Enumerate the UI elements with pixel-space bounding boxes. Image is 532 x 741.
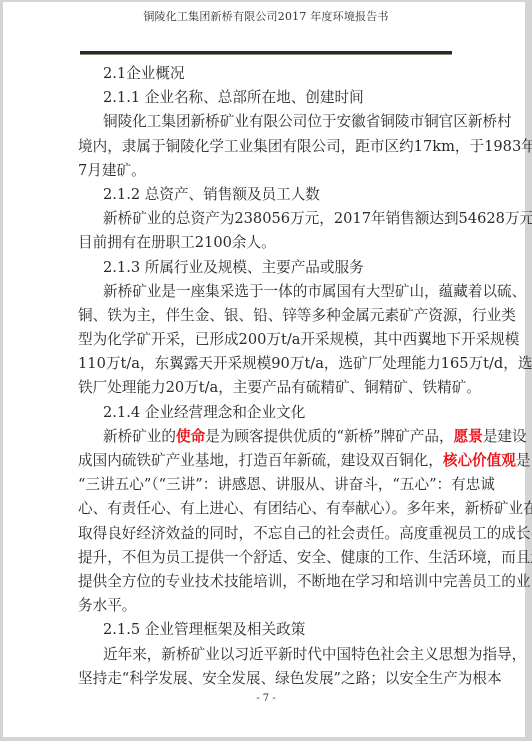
paragraph-line: 7月建矿。 (78, 159, 456, 183)
paragraph-line-mission: 新桥矿业的使命是为顾客提供优质的“新桥”牌矿产品，愿景是建设 (78, 425, 456, 449)
highlight-vision: 愿景 (454, 428, 483, 445)
text-run: 是 (516, 452, 531, 469)
paragraph-line: 型为化学矿开采，已形成200万t/a开采规模，其中西翼地下开采规模 (78, 328, 456, 352)
paragraph-line: 新桥矿业的总资产为238056万元，2017年销售额达到54628万元， (78, 207, 456, 231)
highlight-core-values: 核心价值观 (443, 452, 516, 469)
text-run: 新桥矿业的 (103, 428, 176, 445)
paragraph-line: 境内，隶属于铜陵化学工业集团有限公司，距市区约17km，于1983年 (78, 135, 456, 159)
paragraph-line: 务水平。 (78, 594, 456, 618)
text-run: 是为顾客提供优质的“新桥”牌矿产品， (205, 428, 453, 445)
paragraph-line: 新桥矿业是一座集采选于一体的市属国有大型矿山，蕴藏着以硫、 (78, 280, 456, 304)
paragraph-line: 取得良好经济效益的同时，不忘自己的社会责任。高度重视员工的成长与 (78, 522, 456, 546)
paragraph-line: 110万t/a，东翼露天开采规模90万t/a，选矿厂处理能力165万t/d，选 (78, 352, 456, 376)
paragraph-line: 心、有责任心、有上进心、有团结心、有奉献心）。多年来，新桥矿业在 (78, 497, 456, 521)
paragraph-line: 近年来，新桥矿业以习近平新时代中国特色社会主义思想为指导， (78, 643, 456, 667)
page-number: - 7 - (0, 693, 532, 704)
paragraph-line: 坚持走“科学发展、安全发展、绿色发展”之路；以安全生产为根本 (78, 667, 456, 691)
paragraph-line: 提升，不但为员工提供一个舒适、安全、健康的工作、生活环境，而且还 (78, 546, 456, 570)
highlight-mission: 使命 (176, 428, 205, 445)
section-heading: 2.1企业概况 (78, 62, 456, 86)
paragraph-line: 目前拥有在册职工2100余人。 (78, 231, 456, 255)
subsection-heading-2-1-5: 2.1.5 企业管理框架及相关政策 (78, 618, 456, 642)
paragraph-line: 铁厂处理能力20万t/a，主要产品有硫精矿、铜精矿、铁精矿。 (78, 376, 456, 400)
running-header: 铜陵化工集团新桥有限公司2017 年度环境报告书 (0, 8, 532, 24)
subsection-heading-2-1-1: 2.1.1 企业名称、总部所在地、创建时间 (78, 86, 456, 110)
header-rule (80, 51, 452, 54)
page-content: 2.1企业概况 2.1.1 企业名称、总部所在地、创建时间 铜陵化工集团新桥矿业… (78, 62, 456, 691)
subsection-heading-2-1-2: 2.1.2 总资产、销售额及员工人数 (78, 183, 456, 207)
paragraph-line: 铜陵化工集团新桥矿业有限公司位于安徽省铜陵市铜官区新桥村 (78, 110, 456, 134)
subsection-heading-2-1-4: 2.1.4 企业经营理念和企业文化 (78, 401, 456, 425)
paragraph-line: 铜、铁为主，伴生金、银、铅、锌等多种金属元素矿产资源，行业类 (78, 304, 456, 328)
text-run: 成国内硫铁矿产业基地，打造百年新硫，建设双百铜化， (78, 452, 443, 469)
paragraph-line: “三讲五心”（“三讲”：讲感恩、讲服从、讲奋斗，“五心”：有忠诚 (78, 473, 456, 497)
paragraph-line: 提供全方位的专业技术技能培训，不断地在学习和培训中完善员工的业 (78, 570, 456, 594)
text-run: 是建设 (483, 428, 527, 445)
paragraph-line-values: 成国内硫铁矿产业基地，打造百年新硫，建设双百铜化，核心价值观是 (78, 449, 456, 473)
subsection-heading-2-1-3: 2.1.3 所属行业及规模、主要产品或服务 (78, 256, 456, 280)
